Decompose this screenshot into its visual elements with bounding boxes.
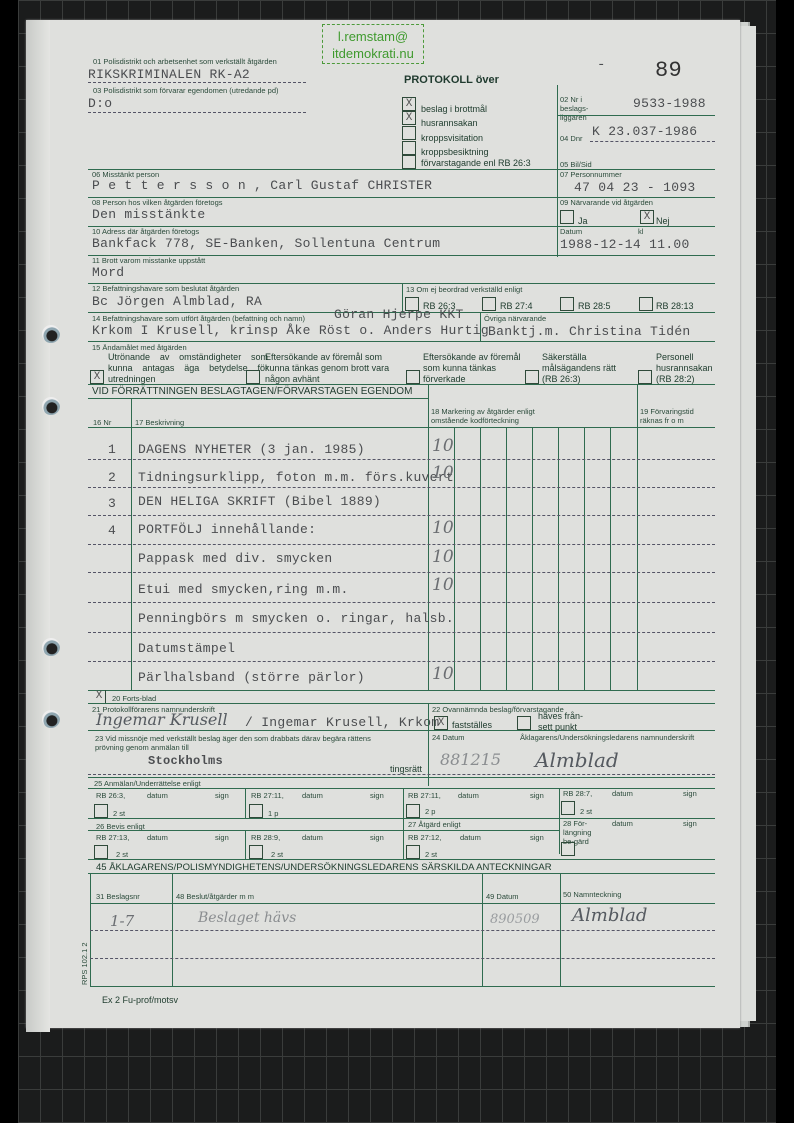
divider bbox=[88, 690, 715, 691]
sign-label: sign bbox=[370, 791, 384, 800]
page-number: 89 bbox=[655, 58, 682, 83]
checkbox-notice[interactable] bbox=[249, 804, 263, 818]
divider bbox=[88, 774, 715, 775]
rule-label: RB 26:3, bbox=[96, 791, 125, 800]
checkbox-forlangning[interactable] bbox=[561, 842, 575, 856]
divider bbox=[88, 341, 715, 342]
row-divider bbox=[88, 572, 715, 573]
qty-label: 1 p bbox=[268, 809, 278, 818]
divider bbox=[88, 873, 715, 874]
row-divider bbox=[88, 487, 715, 488]
field-07-label: 07 Personnummer bbox=[560, 170, 622, 179]
divider bbox=[88, 859, 715, 860]
field-08-value[interactable]: Den misstänkte bbox=[92, 207, 205, 222]
binder-hole-icon bbox=[42, 325, 60, 343]
divider bbox=[88, 398, 428, 399]
row-divider bbox=[88, 632, 715, 633]
checkbox-purpose-3[interactable] bbox=[406, 370, 420, 384]
datum-label: datum bbox=[147, 833, 168, 842]
divider bbox=[403, 818, 404, 860]
stamp-line: itdemokrati.nu bbox=[323, 45, 423, 62]
sign-label: sign bbox=[370, 833, 384, 842]
rb-option-label: RB 27:4 bbox=[500, 301, 533, 312]
checkbox-forts-blad[interactable]: X bbox=[93, 690, 106, 703]
checkbox-purpose-1[interactable]: X bbox=[90, 370, 104, 384]
item-description[interactable]: Tidningsurklipp, foton m.m. förs.kuvert bbox=[138, 470, 454, 485]
item-code[interactable]: 10 bbox=[432, 575, 454, 595]
checkbox-kroppsvisitation[interactable] bbox=[402, 126, 416, 140]
binder-hole-icon bbox=[42, 638, 60, 656]
item-code[interactable]: 10 bbox=[432, 547, 454, 567]
field-04-value[interactable]: K 23.037-1986 bbox=[592, 124, 697, 139]
qty-label: 2 p bbox=[425, 807, 435, 816]
item-description[interactable]: Pärlhalsband (större pärlor) bbox=[138, 670, 365, 685]
datum-label: datum bbox=[612, 789, 633, 798]
qty-label: 2 st bbox=[271, 850, 283, 859]
field-14-extra[interactable]: Göran Hjerpe KKT bbox=[334, 307, 464, 322]
checkbox-notice[interactable] bbox=[94, 845, 108, 859]
checkbox-notice[interactable] bbox=[561, 801, 575, 815]
rb-option-label: RB 28:5 bbox=[578, 301, 611, 312]
checkbox-purpose-4[interactable] bbox=[525, 370, 539, 384]
sign-label: sign bbox=[683, 819, 697, 828]
field-23-label: 23 Vid missnöje med verkställt beslag äg… bbox=[95, 734, 395, 752]
seizure-number[interactable]: 1-7 bbox=[110, 912, 134, 930]
divider bbox=[454, 427, 455, 690]
divider bbox=[557, 169, 558, 257]
checkbox-purpose-2[interactable] bbox=[246, 370, 260, 384]
divider bbox=[88, 830, 559, 831]
sign-label: sign bbox=[530, 791, 544, 800]
col-50-header: 50 Namnteckning bbox=[563, 890, 621, 899]
row-divider bbox=[88, 544, 715, 545]
field-12-value[interactable]: Bc Jörgen Almblad, RA bbox=[92, 294, 262, 309]
divider bbox=[506, 427, 507, 690]
datum-label: Datum bbox=[560, 227, 582, 236]
prosecutor-signature-label: Åklagarens/Undersökningsledarens namnund… bbox=[520, 733, 694, 742]
field-24-value[interactable]: 881215 bbox=[440, 750, 501, 769]
field-14-label: 14 Befattningshavare som utfört åtgärden… bbox=[92, 314, 305, 323]
prosecutor-signature[interactable]: Almblad bbox=[535, 748, 619, 772]
date-time-value[interactable]: 1988-12-14 11.00 bbox=[560, 237, 690, 252]
checkbox-ja[interactable] bbox=[560, 210, 574, 224]
divider bbox=[90, 986, 715, 987]
field-14-value[interactable]: Krkom I Krusell, krinsp Åke Röst o. Ande… bbox=[92, 323, 489, 338]
item-description[interactable]: Pappask med div. smycken bbox=[138, 551, 332, 566]
checkbox-notice[interactable] bbox=[406, 804, 420, 818]
checkbox-rb-28-5[interactable] bbox=[560, 297, 574, 311]
form-code: RPS 102.1 2 bbox=[80, 942, 89, 985]
purpose-option-label: Personell husrannsakan (RB 28:2) bbox=[656, 352, 716, 385]
rule-label: RB 27:13, bbox=[96, 833, 129, 842]
qty-label: 2 st bbox=[113, 809, 125, 818]
item-nr: 3 bbox=[108, 496, 116, 511]
divider bbox=[88, 703, 715, 704]
rb-option-label: RB 28:13 bbox=[656, 301, 694, 312]
item-code[interactable]: 10 bbox=[432, 664, 454, 684]
notes-signature[interactable]: Almblad bbox=[572, 905, 647, 926]
email-stamp: l.remstam@ itdemokrati.nu bbox=[322, 24, 424, 64]
field-01-label: 01 Polisdistrikt och arbetsenhet som ver… bbox=[93, 57, 277, 66]
item-code[interactable]: 10 bbox=[432, 518, 454, 538]
checkbox-label: kroppsbesiktning bbox=[421, 147, 489, 158]
datum-label: datum bbox=[302, 833, 323, 842]
row-divider bbox=[88, 459, 715, 460]
decision-date[interactable]: 890509 bbox=[490, 912, 540, 927]
datum-label: datum bbox=[460, 833, 481, 842]
field-07-value[interactable]: 47 04 23 - 1093 bbox=[574, 180, 696, 195]
col-17-header: 17 Beskrivning bbox=[135, 418, 184, 427]
col-18-header: 18 Markering av åtgärder enligt omståend… bbox=[431, 407, 561, 425]
datum-label: datum bbox=[612, 819, 633, 828]
qty-label: 2 st bbox=[425, 850, 437, 859]
sign-label: sign bbox=[215, 833, 229, 842]
col-31-header: 31 Beslagsnr bbox=[96, 892, 140, 901]
item-description[interactable]: Penningbörs m smycken o. ringar, halsb. bbox=[138, 611, 454, 626]
field-27-label: 27 Åtgärd enligt bbox=[408, 820, 461, 829]
divider bbox=[88, 112, 306, 113]
sign-label: sign bbox=[683, 789, 697, 798]
row-divider bbox=[90, 958, 715, 959]
divider bbox=[557, 115, 715, 116]
divider bbox=[88, 82, 306, 83]
items-section-title: VID FÖRRÄTTNINGEN BESLAGTAGEN/FÖRVARSTAG… bbox=[92, 386, 412, 397]
divider bbox=[610, 427, 611, 690]
purpose-option-label: Eftersökande av föremål som kunna tänkas… bbox=[423, 352, 523, 385]
datum-label: datum bbox=[458, 791, 479, 800]
divider bbox=[557, 85, 558, 169]
divider bbox=[559, 788, 560, 854]
kl-label: kl bbox=[638, 227, 643, 236]
row-divider bbox=[90, 930, 715, 931]
datum-label: datum bbox=[147, 791, 168, 800]
field-12-label: 12 Befattningshavare som beslutat åtgärd… bbox=[92, 284, 239, 293]
divider bbox=[245, 788, 246, 818]
col-19-header: 19 Förvaringstid räknas fr o m bbox=[640, 407, 710, 425]
divider bbox=[532, 427, 533, 690]
rule-label: RB 27:11, bbox=[408, 791, 441, 800]
field-11-label: 11 Brott varom misstanke uppstått bbox=[92, 256, 205, 265]
item-description[interactable]: Etui med smycken,ring m.m. bbox=[138, 582, 349, 597]
sign-label: sign bbox=[215, 791, 229, 800]
checkbox-forvarstagande[interactable] bbox=[402, 155, 416, 169]
field-03-label: 03 Polisdistrikt som förvarar egendomen … bbox=[93, 86, 279, 95]
divider bbox=[590, 141, 715, 142]
checkbox-rb-27-4[interactable] bbox=[482, 297, 496, 311]
checkbox-notice[interactable] bbox=[406, 845, 420, 859]
purpose-option-label: Säkerställa målsägandens rätt (RB 26:3) bbox=[542, 352, 632, 385]
divider bbox=[88, 777, 715, 778]
binder-hole-icon bbox=[42, 397, 60, 415]
item-description[interactable]: PORTFÖLJ innehållande: bbox=[138, 522, 316, 537]
item-nr: 1 bbox=[108, 442, 116, 457]
divider bbox=[88, 384, 715, 385]
divider bbox=[88, 730, 715, 731]
page-dash: - bbox=[597, 57, 606, 73]
field-13-label: 13 Om ej beordrad verkställd enligt bbox=[406, 285, 522, 294]
divider bbox=[480, 312, 481, 341]
qty-label: 2 st bbox=[580, 807, 592, 816]
divider bbox=[637, 384, 638, 690]
checkbox-rb-28-13[interactable] bbox=[639, 297, 653, 311]
field-20-label: 20 Forts-blad bbox=[112, 694, 156, 703]
row-divider bbox=[88, 515, 715, 516]
ovriga-label: Övriga närvarande bbox=[484, 314, 546, 323]
divider bbox=[88, 427, 715, 428]
binder-spine bbox=[26, 20, 50, 1032]
field-15-label: 15 Ändamålet med åtgärden bbox=[92, 343, 187, 352]
checkbox-kroppsbesiktning[interactable] bbox=[402, 141, 416, 155]
field-06-value[interactable]: P e t t e r s s o n , Carl Gustaf CHRIST… bbox=[92, 178, 432, 193]
col-16-header: 16 Nr bbox=[93, 418, 111, 427]
field-11-value[interactable]: Mord bbox=[92, 265, 124, 280]
checkbox-notice[interactable] bbox=[249, 845, 263, 859]
field-05-label: 05 Bil/Sid bbox=[560, 160, 592, 169]
field-09-label: 09 Närvarande vid åtgärden bbox=[560, 198, 653, 207]
divider bbox=[428, 384, 429, 690]
checkbox-label: kroppsvisitation bbox=[421, 133, 483, 144]
ovriga-value[interactable]: Banktj.m. Christina Tidén bbox=[488, 324, 691, 339]
field-03-value[interactable]: D:o bbox=[88, 96, 112, 111]
field-25-label: 25 Anmälan/Underrättelse enligt bbox=[94, 779, 201, 788]
recorder-signature[interactable]: Ingemar Krusell bbox=[96, 710, 228, 729]
rule-label: RB 28:9, bbox=[251, 833, 280, 842]
datum-label: datum bbox=[302, 791, 323, 800]
field-45-label: 45 ÅKLAGARENS/POLISMYNDIGHETENS/UNDERSÖK… bbox=[96, 862, 552, 873]
field-23-value[interactable]: Stockholms bbox=[148, 754, 223, 768]
checkbox-faststalles[interactable]: X bbox=[434, 716, 448, 730]
checkbox-husrannsakan[interactable]: X bbox=[402, 111, 416, 125]
purpose-option-label: Utrönande av omständigheter som kunna an… bbox=[108, 352, 268, 385]
checkbox-haves[interactable] bbox=[517, 716, 531, 730]
field-10-label: 10 Adress där åtgärden företogs bbox=[92, 227, 199, 236]
field-01-value[interactable]: RIKSKRIMINALEN RK-A2 bbox=[88, 67, 250, 82]
row-divider bbox=[88, 661, 715, 662]
divider bbox=[480, 427, 481, 690]
col-49-header: 49 Datum bbox=[486, 892, 519, 901]
checkbox-purpose-5[interactable] bbox=[638, 370, 652, 384]
rule-label: RB 27:12, bbox=[408, 833, 441, 842]
field-24-label: 24 Datum bbox=[432, 733, 465, 742]
checkbox-label: husrannsakan bbox=[421, 118, 478, 129]
stamp-line: l.remstam@ bbox=[323, 28, 423, 45]
rule-label: RB 27:11, bbox=[251, 791, 284, 800]
purpose-option-label: Eftersökande av föremål som kunna tänkas… bbox=[265, 352, 405, 385]
checkbox-notice[interactable] bbox=[94, 804, 108, 818]
row-divider bbox=[88, 602, 715, 603]
divider bbox=[558, 427, 559, 690]
protocol-title: PROTOKOLL över bbox=[404, 74, 499, 86]
binder-hole-icon bbox=[42, 710, 60, 728]
divider bbox=[245, 830, 246, 860]
field-21-value[interactable]: / Ingemar Krusell, Krkom bbox=[245, 715, 439, 730]
field-08-label: 08 Person hos vilken åtgärden företogs bbox=[92, 198, 223, 207]
rule-label: RB 28:7, bbox=[563, 789, 592, 798]
sign-label: sign bbox=[530, 833, 544, 842]
col-48-header: 48 Beslut/åtgärder m m bbox=[176, 892, 254, 901]
item-description[interactable]: Datumstämpel bbox=[138, 641, 235, 656]
field-02-value[interactable]: 9533-1988 bbox=[633, 96, 706, 111]
copy-label: Ex 2 Fu-prof/motsv bbox=[102, 995, 178, 1006]
item-description[interactable]: DAGENS NYHETER (3 jan. 1985) bbox=[138, 442, 365, 457]
item-code[interactable]: 10 bbox=[432, 463, 454, 483]
item-description[interactable]: DEN HELIGA SKRIFT (Bibel 1889) bbox=[138, 494, 381, 509]
field-02-label: 02 Nr i beslags-liggaren bbox=[560, 95, 610, 122]
divider bbox=[403, 788, 404, 818]
item-nr: 2 bbox=[108, 470, 116, 485]
checkbox-nej[interactable]: X bbox=[640, 210, 654, 224]
divider bbox=[90, 903, 715, 904]
checkbox-label: beslag i brottmål bbox=[421, 104, 487, 115]
qty-label: 2 st bbox=[116, 850, 128, 859]
field-04-label: 04 Dnr bbox=[560, 134, 583, 143]
checkbox-label: förvarstagande enl RB 26:3 bbox=[421, 158, 531, 169]
checkbox-beslag[interactable]: X bbox=[402, 97, 416, 111]
item-code[interactable]: 10 bbox=[432, 436, 454, 456]
decision-text[interactable]: Beslaget hävs bbox=[198, 910, 296, 926]
item-nr: 4 bbox=[108, 523, 116, 538]
divider bbox=[584, 427, 585, 690]
field-10-value[interactable]: Bankfack 778, SE-Banken, Sollentuna Cent… bbox=[92, 236, 440, 251]
